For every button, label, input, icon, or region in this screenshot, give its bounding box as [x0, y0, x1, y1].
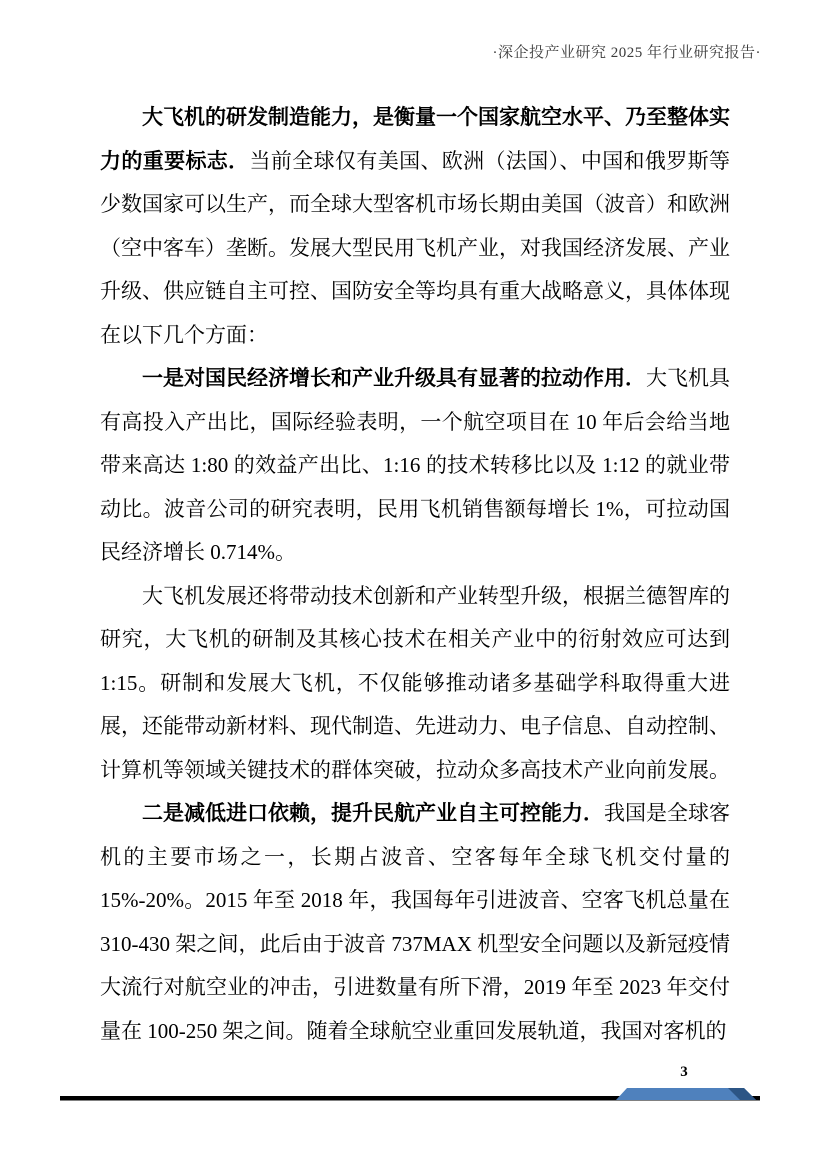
- document-body: 大飞机的研发制造能力，是衡量一个国家航空水平、乃至整体实力的重要标志．当前全球仅…: [100, 96, 730, 1053]
- page-header: ·深企投产业研究 2025 年行业研究报告·: [493, 41, 762, 62]
- paragraph-text: 大飞机发展还将带动技术创新和产业转型升级，根据兰德智库的研究，大飞机的研制及其核…: [100, 584, 730, 782]
- paragraph-lead-bold: 一是对国民经济增长和产业升级具有显著的拉动作用．: [142, 366, 646, 390]
- document-page: ·深企投产业研究 2025 年行业研究报告· 大飞机的研发制造能力，是衡量一个国…: [0, 0, 827, 1169]
- paragraph: 二是减低进口依赖，提升民航产业自主可控能力．我国是全球客机的主要市场之一，长期占…: [100, 792, 730, 1053]
- paragraph: 大飞机发展还将带动技术创新和产业转型升级，根据兰德智库的研究，大飞机的研制及其核…: [100, 575, 730, 793]
- paragraph-text: 我国是全球客机的主要市场之一，长期占波音、空客每年全球飞机交付量的 15%-20…: [100, 801, 730, 1043]
- header-text: ·深企投产业研究 2025 年行业研究报告·: [493, 45, 762, 61]
- paragraph: 大飞机的研发制造能力，是衡量一个国家航空水平、乃至整体实力的重要标志．当前全球仅…: [100, 96, 730, 357]
- paragraph-lead-bold: 二是减低进口依赖，提升民航产业自主可控能力．: [142, 801, 604, 825]
- paragraph: 一是对国民经济增长和产业升级具有显著的拉动作用．大飞机具有高投入产出比，国际经验…: [100, 357, 730, 575]
- footer-rule-and-ribbon: [60, 1084, 762, 1102]
- paragraph-text: 当前全球仅有美国、欧洲（法国）、中国和俄罗斯等少数国家可以生产，而全球大型客机市…: [100, 149, 730, 347]
- paragraph-text: 大飞机具有高投入产出比，国际经验表明，一个航空项目在 10 年后会给当地带来高达…: [100, 366, 730, 564]
- page-number: 3: [648, 1064, 720, 1081]
